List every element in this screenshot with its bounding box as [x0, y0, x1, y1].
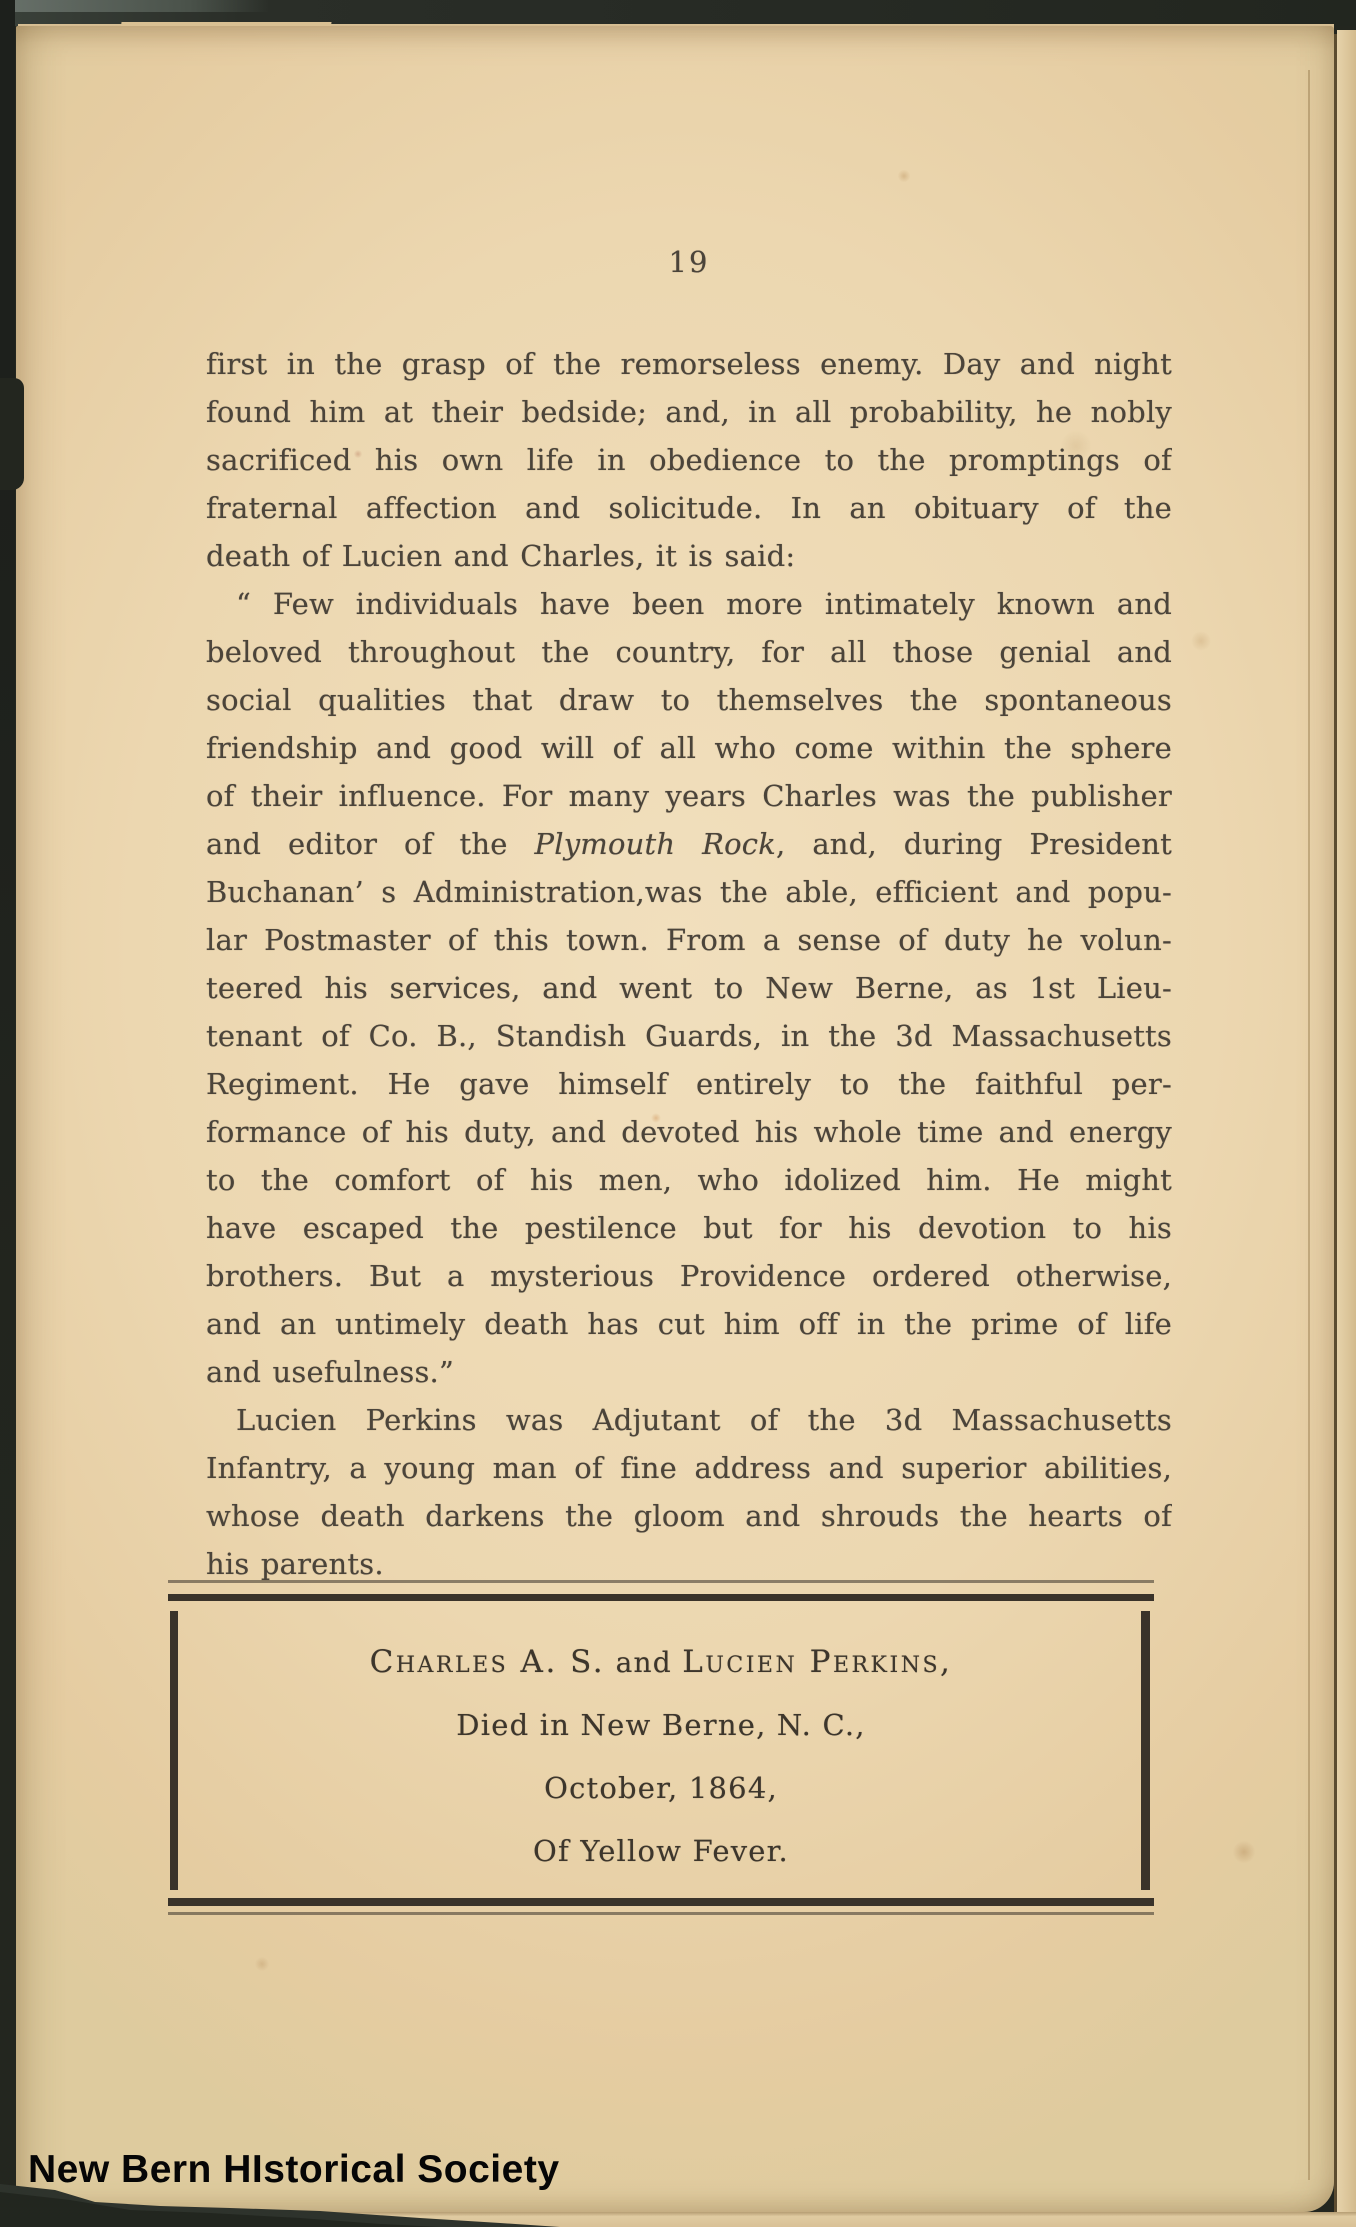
text-line: teered his services, and went to New Ber… [206, 964, 1172, 1012]
text-line: “ Few individuals have been more intimat… [206, 580, 1172, 628]
text-line: sacrificed his own life in obedience to … [206, 436, 1172, 484]
text-line: found him at their bedside; and, in all … [206, 388, 1172, 436]
fore-edge-page-stack [1337, 30, 1356, 2227]
memorial-card-place: Died in New Berne, N. C., [168, 1708, 1154, 1742]
text-line: Infantry, a young man of fine address an… [206, 1444, 1172, 1492]
scanned-book-page: 19 first in the grasp of the remorseless… [0, 0, 1356, 2227]
paragraph: Lucien Perkins was Adjutant of the 3d Ma… [206, 1396, 1172, 1588]
book-binding-left-edge [0, 0, 15, 1650]
memorial-card-name-2: Lucien Perkins, [682, 1644, 952, 1680]
text-line: and an untimely death has cut him off in… [206, 1300, 1172, 1348]
watermark-label: New Bern HIstorical Society [28, 2148, 560, 2192]
text-line: Buchanan’ s Administration,was the able,… [206, 868, 1172, 916]
text-line: fraternal affection and solicitude. In a… [206, 484, 1172, 532]
memorial-card-names: Charles A. S. and Lucien Perkins, [168, 1645, 1154, 1679]
memorial-card-cause: Of Yellow Fever. [168, 1834, 1154, 1868]
book-binding-torn-mark [0, 378, 24, 490]
text-line: to the comfort of his men, who idolized … [206, 1156, 1172, 1204]
text-line: of their influence. For many years Charl… [206, 772, 1172, 820]
text-line: tenant of Co. B., Standish Guards, in th… [206, 1012, 1172, 1060]
memorial-card: Charles A. S. and Lucien Perkins, Died i… [168, 1594, 1154, 1906]
text-line: social qualities that draw to themselves… [206, 676, 1172, 724]
memorial-card-outer-rule-top [168, 1580, 1154, 1583]
text-line: Lucien Perkins was Adjutant of the 3d Ma… [206, 1396, 1172, 1444]
memorial-card-date: October, 1864, [168, 1771, 1154, 1805]
fore-edge-line [1308, 70, 1310, 2180]
text-line: brothers. But a mysterious Providence or… [206, 1252, 1172, 1300]
body-text: first in the grasp of the remorseless en… [206, 340, 1172, 1588]
text-line: formance of his duty, and devoted his wh… [206, 1108, 1172, 1156]
memorial-card-connector: and [616, 1646, 672, 1679]
text-line: beloved throughout the country, for all … [206, 628, 1172, 676]
paragraph: “ Few individuals have been more intimat… [206, 580, 1172, 1396]
memorial-card-name-1: Charles A. S. [370, 1644, 606, 1680]
text-line: and usefulness.” [206, 1348, 1172, 1396]
page-number: 19 [206, 244, 1172, 280]
text-line: Regiment. He gave himself entirely to th… [206, 1060, 1172, 1108]
text-line: and editor of the Plymouth Rock, and, du… [206, 820, 1172, 868]
text-line: whose death darkens the gloom and shroud… [206, 1492, 1172, 1540]
text-line: first in the grasp of the remorseless en… [206, 340, 1172, 388]
paragraph: first in the grasp of the remorseless en… [206, 340, 1172, 580]
text-line: lar Postmaster of this town. From a sens… [206, 916, 1172, 964]
text-line: death of Lucien and Charles, it is said: [206, 532, 1172, 580]
book-cover-top-corner [0, 0, 270, 12]
text-line: have escaped the pestilence but for his … [206, 1204, 1172, 1252]
memorial-card-outer-rule-bottom [168, 1912, 1154, 1915]
text-line: friendship and good will of all who come… [206, 724, 1172, 772]
